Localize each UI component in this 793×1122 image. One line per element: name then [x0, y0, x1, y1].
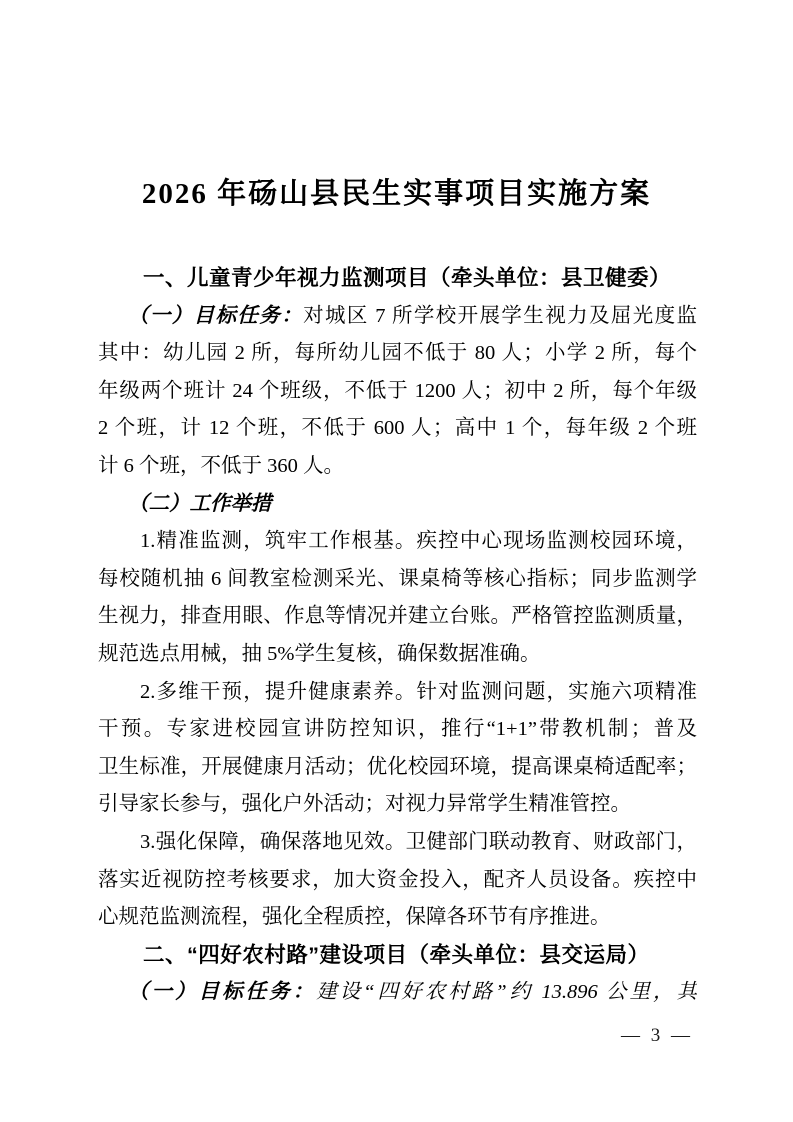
target-task-text-2: 建设“四好农村路”约 13.896 公里，其	[316, 981, 697, 1003]
target-task-label: （一）目标任务：	[128, 305, 303, 327]
section-1-measures-heading: （二）工作举措	[98, 486, 697, 524]
measure-1-line-1: 1.精准监测，筑牢工作根基。疾控中心现场监测校园环境，	[98, 523, 697, 561]
measure-1-line-3: 生视力，排查用眼、作息等情况并建立台账。严格管控监测质量，	[98, 598, 697, 636]
measure-1-line-2: 每校随机抽 6 间教室检测采光、课桌椅等核心指标；同步监测学	[98, 561, 697, 599]
measure-3-line-1: 3.强化保障，确保落地见效。卫健部门联动教育、财政部门，	[98, 824, 697, 862]
measure-2-line-4: 引导家长参与，强化户外活动；对视力异常学生精准管控。	[98, 786, 697, 824]
measure-2-line-1: 2.多维干预，提升健康素养。针对监测问题，实施六项精准	[98, 674, 697, 712]
measure-2-line-2: 干预。专家进校园宣讲防控知识，推行“1+1”带教机制；普及	[98, 711, 697, 749]
document-title: 2026 年砀山县民生实事项目实施方案	[0, 172, 793, 216]
measure-1-line-4: 规范选点用械，抽 5%学生复核，确保数据准确。	[98, 636, 697, 674]
section-1-target-line-5: 计 6 个班，不低于 360 人。	[98, 448, 697, 486]
section-2-heading: 二、“四好农村路”建设项目（牵头单位：县交运局）	[98, 937, 697, 975]
document-body: 一、儿童青少年视力监测项目（牵头单位：县卫健委） （一）目标任务：对城区 7 所…	[98, 260, 697, 1012]
section-1-target-line-1: （一）目标任务：对城区 7 所学校开展学生视力及屈光度监测。	[98, 298, 697, 336]
section-1-target-line-4: 2 个班，计 12 个班，不低于 600 人；高中 1 个，每年级 2 个班	[98, 410, 697, 448]
measure-3-line-3: 心规范监测流程，强化全程质控，保障各环节有序推进。	[98, 899, 697, 937]
section-1-heading: 一、儿童青少年视力监测项目（牵头单位：县卫健委）	[98, 260, 697, 298]
measure-3-line-2: 落实近视防控考核要求，加大资金投入，配齐人员设备。疾控中	[98, 862, 697, 900]
page-number: — 3 —	[621, 1024, 693, 1048]
measure-2-line-3: 卫生标准，开展健康月活动；优化校园环境，提高课桌椅适配率；	[98, 749, 697, 787]
section-2-target-line-1: （一）目标任务：建设“四好农村路”约 13.896 公里，其	[98, 974, 697, 1012]
target-task-label-2: （一）目标任务：	[128, 981, 316, 1003]
document-page: 2026 年砀山县民生实事项目实施方案 一、儿童青少年视力监测项目（牵头单位：县…	[0, 0, 793, 1122]
section-1-target-line-3: 年级两个班计 24 个班级，不低于 1200 人；初中 2 所，每个年级	[98, 373, 697, 411]
section-1-target-line-2: 其中：幼儿园 2 所，每所幼儿园不低于 80 人；小学 2 所，每个	[98, 335, 697, 373]
